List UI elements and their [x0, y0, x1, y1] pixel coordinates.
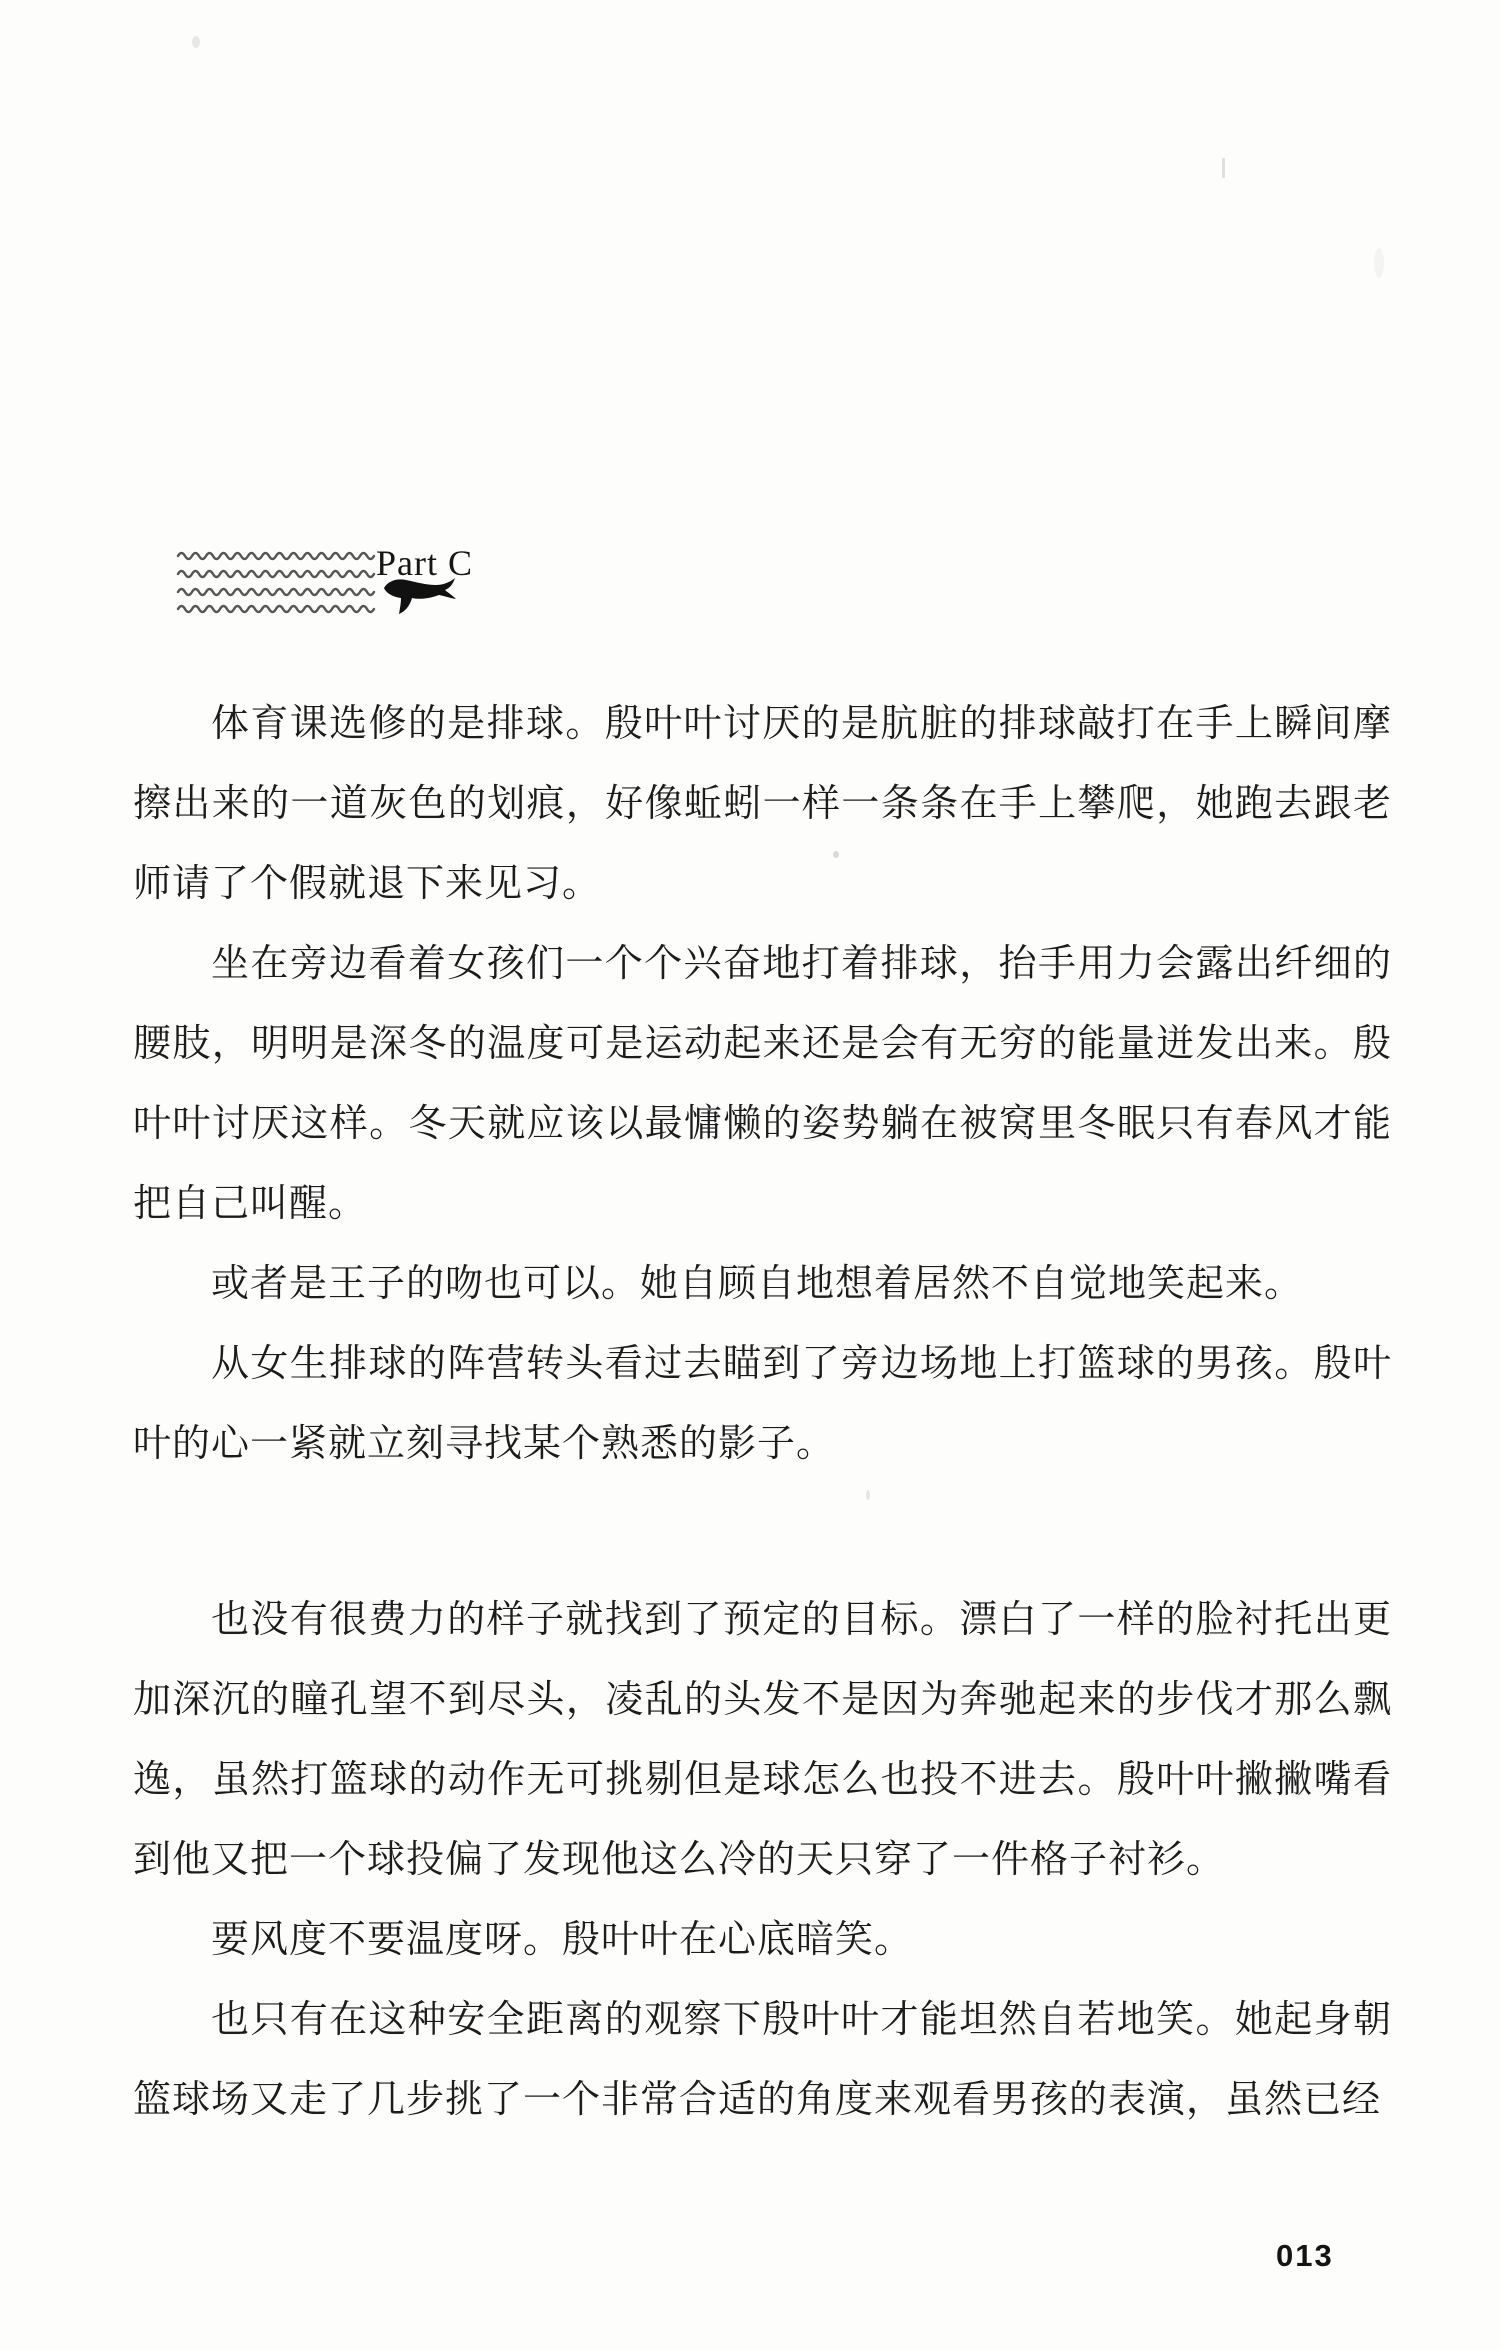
paragraph: 或者是王子的吻也可以。她自顾自地想着居然不自觉地笑起来。: [133, 1244, 1392, 1324]
scan-artifact: [192, 36, 200, 48]
paragraph: 从女生排球的阵营转头看过去瞄到了旁边场地上打篮球的男孩。殷叶叶的心一紧就立刻寻找…: [133, 1324, 1392, 1484]
paragraph: 要风度不要温度呀。殷叶叶在心底暗笑。: [133, 1900, 1392, 1980]
scan-artifact: [1374, 248, 1384, 278]
whale-icon: [381, 575, 457, 617]
page-number: 013: [1276, 2238, 1334, 2274]
paragraph: 也只有在这种安全距离的观察下殷叶叶才能坦然自若地笑。她起身朝篮球场又走了几步挑了…: [133, 1980, 1392, 2140]
paragraph: 体育课选修的是排球。殷叶叶讨厌的是肮脏的排球敲打在手上瞬间摩擦出来的一道灰色的划…: [133, 684, 1392, 924]
wavy-lines-decoration: [176, 550, 376, 616]
scan-artifact: [1222, 158, 1225, 178]
paragraph: 也没有很费力的样子就找到了预定的目标。漂白了一样的脸衬托出更加深沉的瞳孔望不到尽…: [133, 1580, 1392, 1900]
body-text: 体育课选修的是排球。殷叶叶讨厌的是肮脏的排球敲打在手上瞬间摩擦出来的一道灰色的划…: [133, 684, 1392, 2140]
paragraph: 坐在旁边看着女孩们一个个兴奋地打着排球，抬手用力会露出纤细的腰肢，明明是深冬的温…: [133, 924, 1392, 1244]
section-header: Part C: [176, 542, 496, 622]
book-page: Part C 体育课选修的是排球。殷叶叶讨厌的是肮脏的排球敲打在手上瞬间摩擦出来…: [0, 0, 1500, 2350]
